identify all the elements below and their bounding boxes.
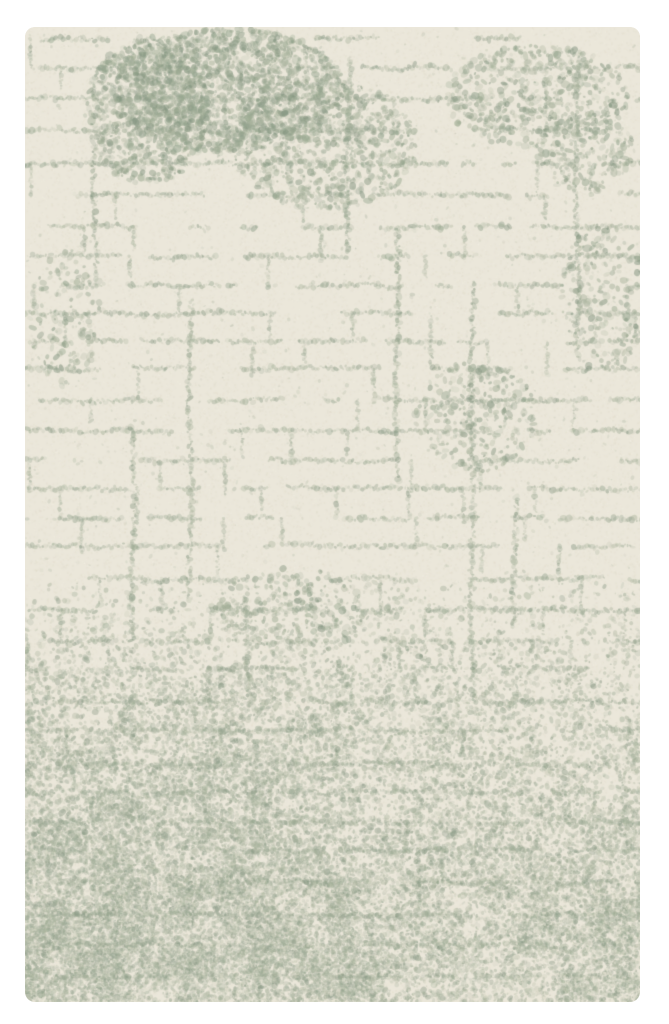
rug-product-image — [25, 27, 640, 1002]
rug-pattern-canvas — [25, 27, 640, 1002]
photo-background — [0, 0, 669, 1024]
